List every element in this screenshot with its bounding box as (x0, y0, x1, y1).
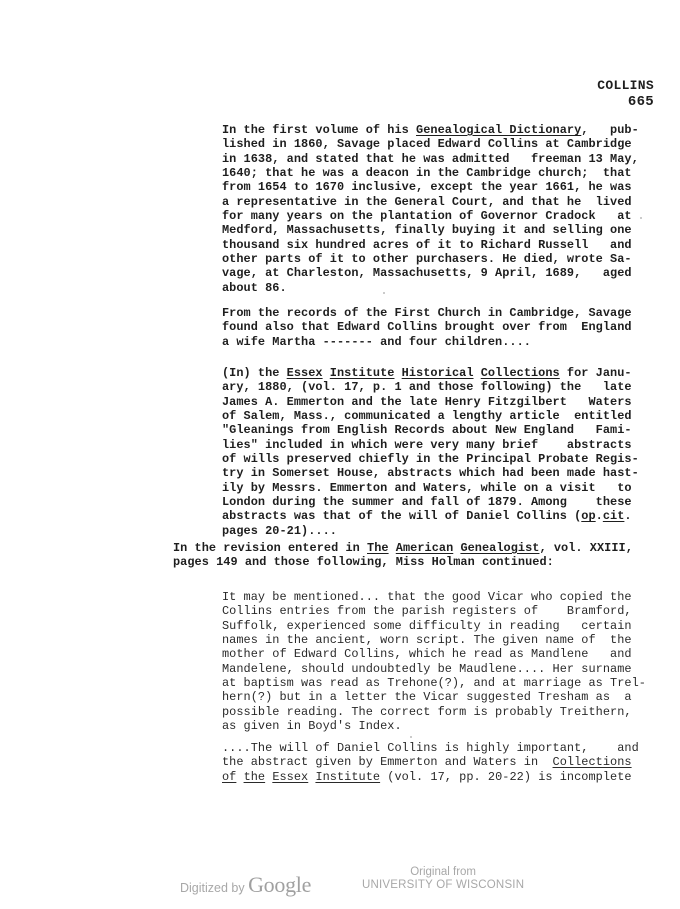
quote-daniel-collins-will: ....The will of Daniel Collins is highly… (222, 741, 639, 784)
paragraph-american-genealogist: In the revision entered in The American … (173, 541, 633, 570)
scan-speck (410, 736, 412, 738)
underlined-title: Genealogical Dictionary (416, 123, 581, 137)
underlined-title: cit (603, 509, 625, 523)
text-line: pages 20-21).... (222, 524, 639, 538)
text-line: a representative in the General Court, a… (222, 195, 639, 209)
digitized-prefix: Digitized by (180, 881, 248, 895)
university-name: UNIVERSITY OF WISCONSIN (362, 879, 524, 892)
text-line: (In) the Essex Institute Historical Coll… (222, 366, 639, 380)
text-line: It may be mentioned... that the good Vic… (222, 590, 646, 604)
quote-vicar-bramford: It may be mentioned... that the good Vic… (222, 590, 646, 733)
text-line: try in Somerset House, abstracts which h… (222, 466, 639, 480)
text-line: Suffolk, experienced some difficulty in … (222, 619, 646, 633)
page-number: 665 (597, 94, 654, 110)
underlined-title: Historical (402, 366, 474, 380)
text-line: for many years on the plantation of Gove… (222, 209, 639, 223)
text-line: lished in 1860, Savage placed Edward Col… (222, 137, 639, 151)
underlined-title: Institute (315, 770, 380, 784)
text-line: James A. Emmerton and the late Henry Fit… (222, 395, 639, 409)
text-line: thousand six hundred acres of it to Rich… (222, 238, 639, 252)
text-line: found also that Edward Collins brought o… (222, 320, 632, 334)
text-line: Medford, Massachusetts, finally buying i… (222, 223, 639, 237)
text-line: ily by Messrs. Emmerton and Waters, whil… (222, 481, 639, 495)
underlined-title: American (396, 541, 453, 555)
paragraph-first-church-records: From the records of the First Church in … (222, 306, 632, 349)
text-line: ....The will of Daniel Collins is highly… (222, 741, 639, 755)
text-line: pages 149 and those following, Miss Holm… (173, 555, 633, 569)
scanned-page: COLLINS 665 In the first volume of his G… (0, 0, 680, 909)
text-line: the abstract given by Emmerton and Water… (222, 755, 639, 769)
running-header: COLLINS 665 (597, 78, 654, 110)
text-line: of the Essex Institute (vol. 17, pp. 20-… (222, 770, 639, 784)
underlined-title: the (244, 770, 266, 784)
paragraph-essex-institute: (In) the Essex Institute Historical Coll… (222, 366, 639, 538)
text-line: other parts of it to other purchasers. H… (222, 252, 639, 266)
scan-speck (640, 217, 642, 219)
text-line: as given in Boyd's Index. (222, 719, 646, 733)
text-line: names in the ancient, worn script. The g… (222, 633, 646, 647)
text-line: vage, at Charleston, Massachusetts, 9 Ap… (222, 266, 639, 280)
text-line: lies" included in which were very many b… (222, 438, 639, 452)
text-line: hern(?) but in a letter the Vicar sugges… (222, 690, 646, 704)
digitized-by-google: Digitized by Google (180, 872, 311, 898)
text-line: possible reading. The correct form is pr… (222, 705, 646, 719)
text-line: In the first volume of his Genealogical … (222, 123, 639, 137)
underlined-title: Institute (330, 366, 395, 380)
text-line: London during the summer and fall of 187… (222, 495, 639, 509)
text-line: abstracts was that of the will of Daniel… (222, 509, 639, 523)
header-surname: COLLINS (597, 78, 654, 94)
text-line: In the revision entered in The American … (173, 541, 633, 555)
text-line: about 86. (222, 281, 639, 295)
underlined-title: Essex (287, 366, 323, 380)
text-line: ary, 1880, (vol. 17, p. 1 and those foll… (222, 380, 639, 394)
original-from: Original from (362, 866, 524, 879)
text-line: of Salem, Mass., communicated a lengthy … (222, 409, 639, 423)
text-line: Collins entries from the parish register… (222, 604, 646, 618)
underlined-title: Collections (481, 366, 560, 380)
text-line: a wife Martha ------- and four children.… (222, 335, 632, 349)
underlined-title: Essex (272, 770, 308, 784)
original-source: Original from UNIVERSITY OF WISCONSIN (362, 866, 524, 892)
text-line: Mandelene, should undoubtedly be Maudlen… (222, 662, 646, 676)
scan-speck (383, 292, 385, 294)
text-line: From the records of the First Church in … (222, 306, 632, 320)
text-line: from 1654 to 1670 inclusive, except the … (222, 180, 639, 194)
text-line: "Gleanings from English Records about Ne… (222, 423, 639, 437)
underlined-title: Genealogist (460, 541, 539, 555)
paragraph-savage-dictionary: In the first volume of his Genealogical … (222, 123, 639, 295)
text-line: 1640; that he was a deacon in the Cambri… (222, 166, 639, 180)
text-line: in 1638, and stated that he was admitted… (222, 152, 639, 166)
underlined-title: The (367, 541, 389, 555)
text-line: at baptism was read as Trehone(?), and a… (222, 676, 646, 690)
text-line: mother of Edward Collins, which he read … (222, 647, 646, 661)
underlined-title: of (222, 770, 236, 784)
underlined-title: Collections (553, 755, 632, 769)
text-line: of wills preserved chiefly in the Princi… (222, 452, 639, 466)
google-logo: Google (248, 872, 311, 897)
underlined-title: op (581, 509, 595, 523)
